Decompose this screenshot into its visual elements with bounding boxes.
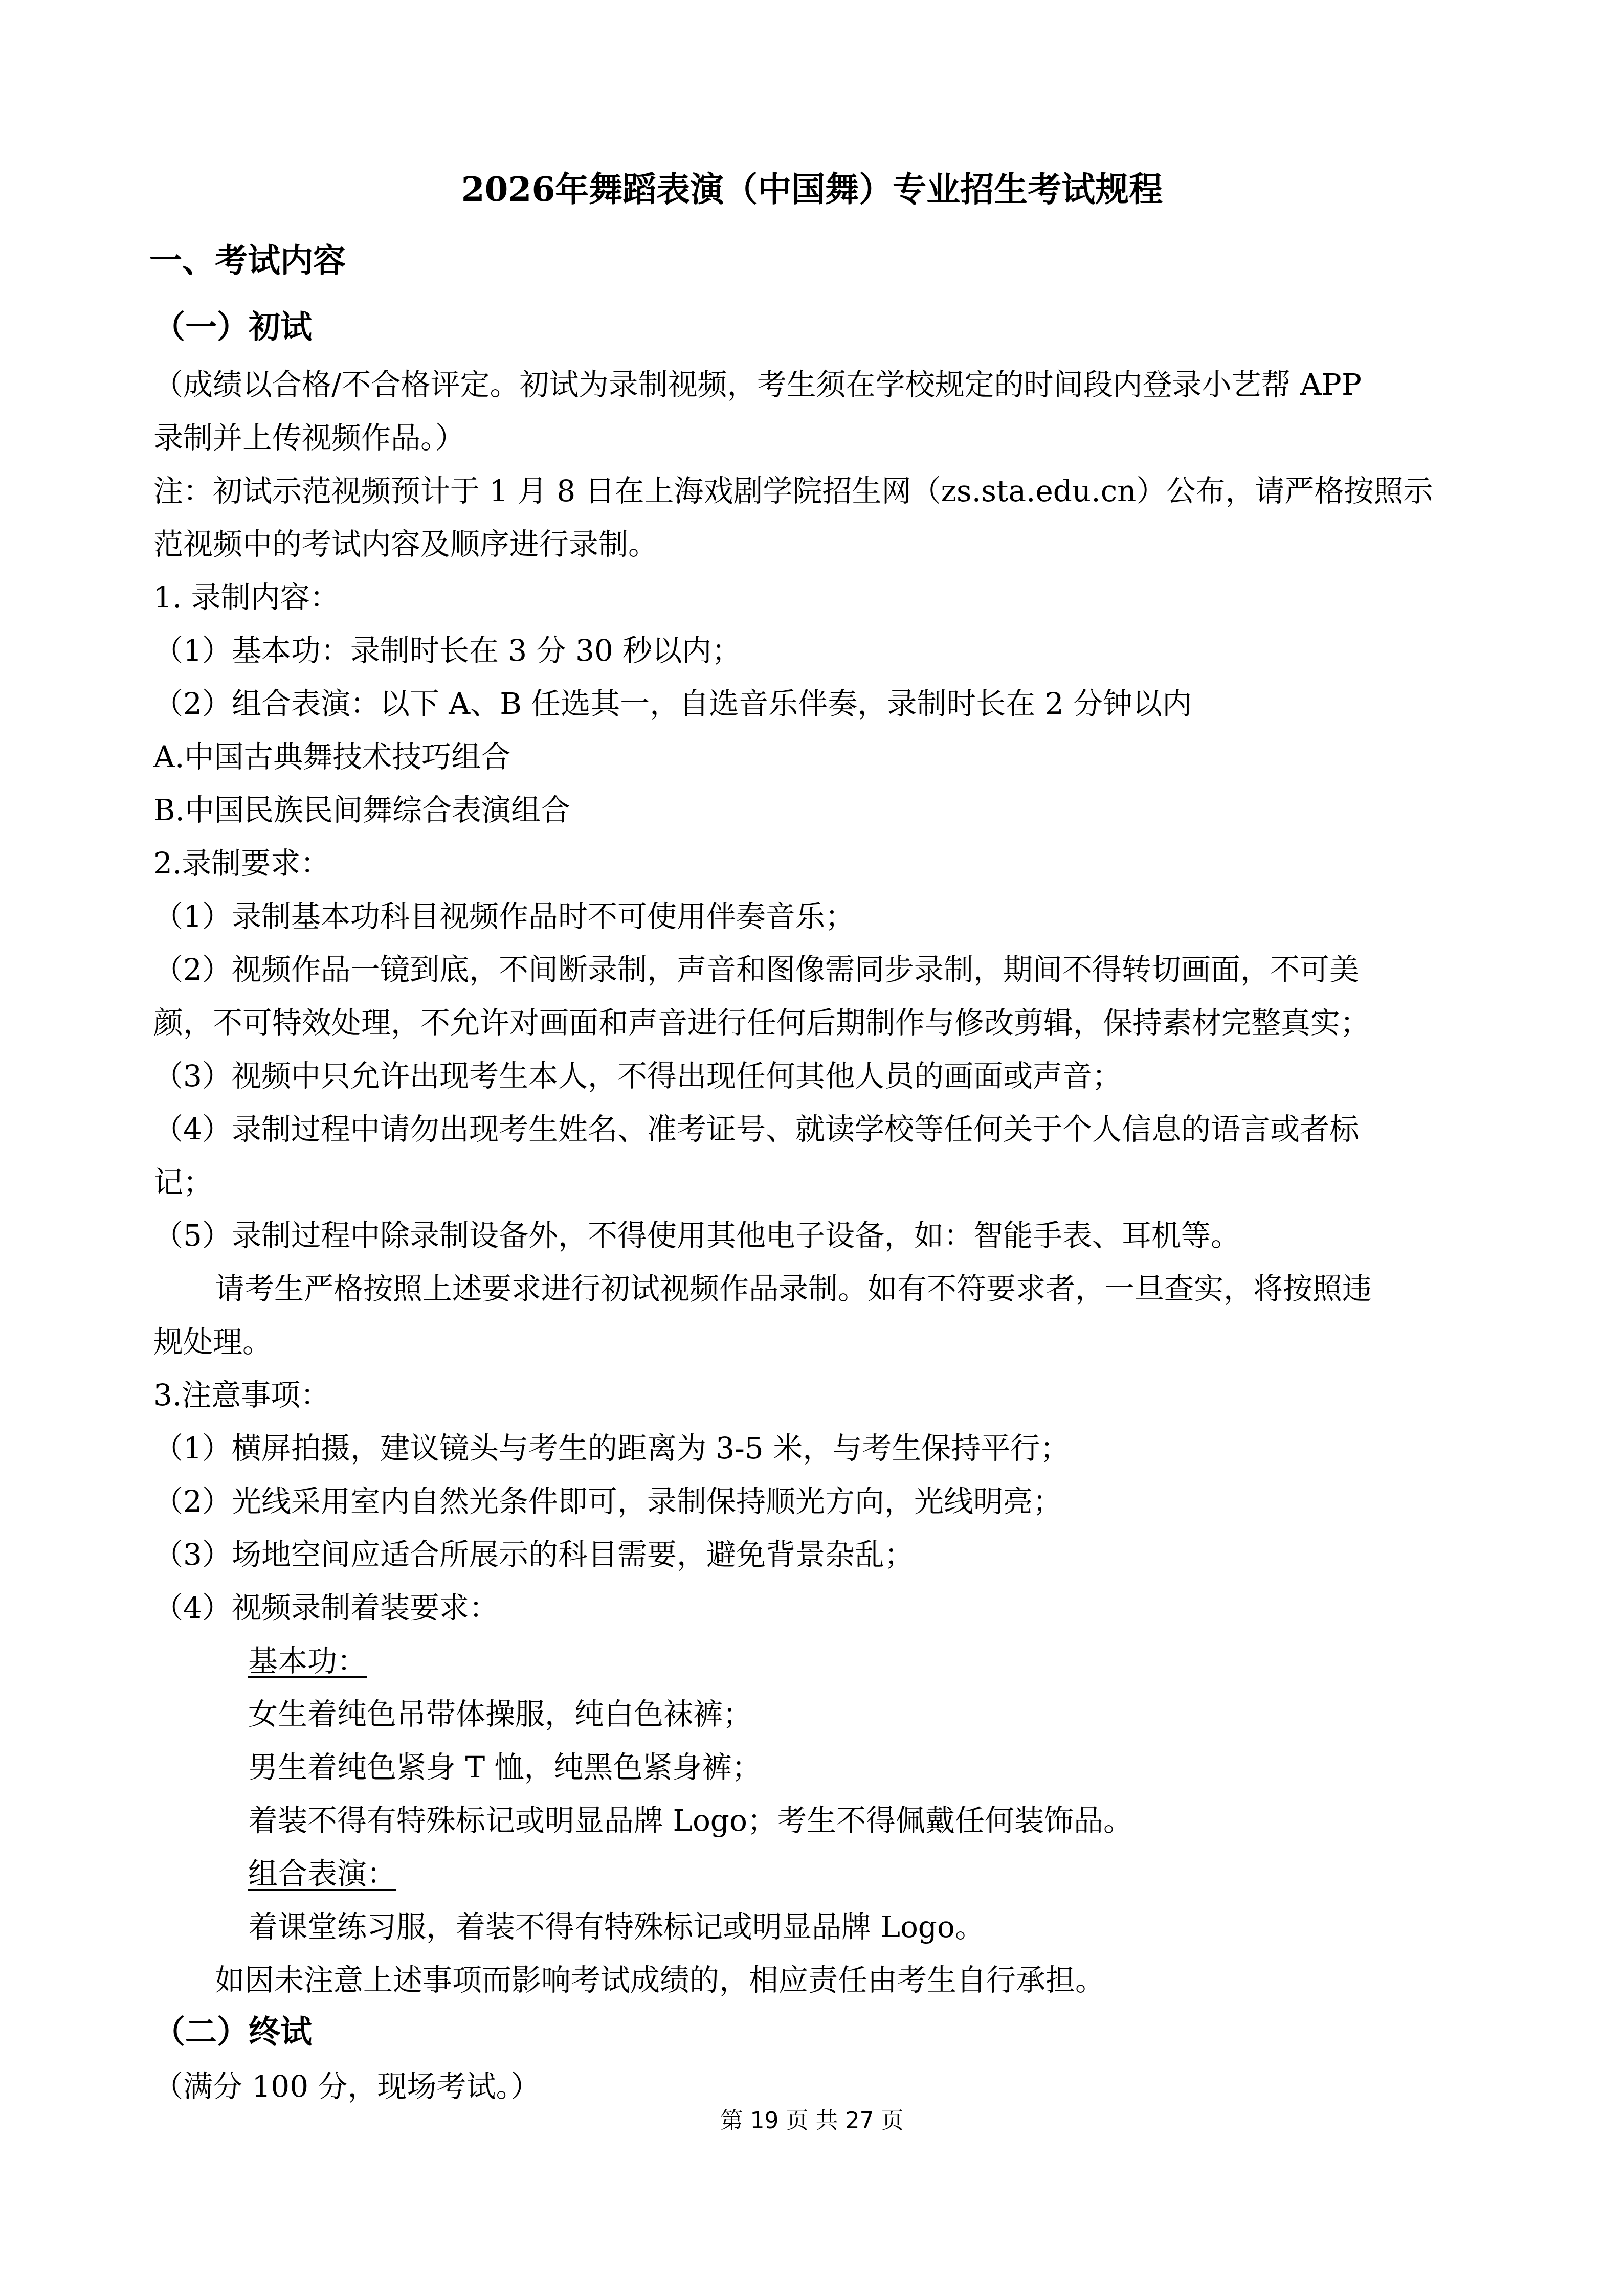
note-4: （4）视频录制着装要求：	[153, 1587, 499, 1628]
note-1: （1）横屏拍摄，建议镜头与考生的距离为 3-5 米，与考生保持平行；	[153, 1428, 1070, 1469]
requirement-1: （1）录制基本功科目视频作品时不可使用伴奏音乐；	[153, 896, 855, 937]
requirement-4-line-2: 记；	[153, 1162, 213, 1203]
attire-combo-label: 组合表演：	[248, 1853, 396, 1894]
responsibility-statement: 如因未注意上述事项而影响考试成绩的，相应责任由考生自行承担。	[215, 1960, 1105, 2000]
warning-line-1: 请考生严格按照上述要求进行初试视频作品录制。如有不符要求者，一旦查实，将按照违	[215, 1268, 1372, 1309]
page-number-footer: 第 19 页 共 27 页	[0, 2106, 1624, 2136]
requirement-2-line-1: （2）视频作品一镜到底，不间断录制，声音和图像需同步录制，期间不得转切画面，不可…	[153, 949, 1359, 990]
subsection-heading-final: （二）终试	[153, 2012, 312, 2053]
attire-basic-no-logo: 着装不得有特殊标记或明显品牌 Logo；考生不得佩戴任何装饰品。	[248, 1800, 1133, 1841]
section-heading-exam-content: 一、考试内容	[149, 240, 346, 281]
note-3: （3）场地空间应适合所展示的科目需要，避免背景杂乱；	[153, 1534, 914, 1575]
content-item-combination: （2）组合表演：以下 A、B 任选其一，自选音乐伴奏，录制时长在 2 分钟以内	[153, 683, 1192, 724]
requirement-3: （3）视频中只允许出现考生本人，不得出现任何其他人员的画面或声音；	[153, 1055, 1122, 1096]
requirement-2-line-2: 颜，不可特效处理，不允许对画面和声音进行任何后期制作与修改剪辑，保持素材完整真实…	[153, 1002, 1370, 1043]
prelim-note-line-1: 注：初试示范视频预计于 1 月 8 日在上海戏剧学院招生网（zs.sta.edu…	[153, 470, 1433, 511]
requirement-4-line-1: （4）录制过程中请勿出现考生姓名、准考证号、就读学校等任何关于个人信息的语言或者…	[153, 1109, 1359, 1150]
document-title: 2026年舞蹈表演（中国舞）专业招生考试规程	[0, 166, 1624, 212]
prelim-intro-line-2: 录制并上传视频作品。）	[153, 417, 465, 458]
content-item-basic-skills: （1）基本功：录制时长在 3 分 30 秒以内；	[153, 630, 741, 671]
prelim-note-line-2: 范视频中的考试内容及顺序进行录制。	[153, 524, 658, 565]
notes-heading: 3.注意事项：	[153, 1375, 330, 1415]
note-2: （2）光线采用室内自然光条件即可，录制保持顺光方向，光线明亮；	[153, 1481, 1062, 1522]
attire-combo-item: 着课堂练习服，着装不得有特殊标记或明显品牌 Logo。	[248, 1906, 985, 1947]
attire-basic-female: 女生着纯色吊带体操服，纯白色袜裤；	[248, 1694, 752, 1735]
option-a: A.中国古典舞技术技巧组合	[153, 736, 510, 777]
document-page: 2026年舞蹈表演（中国舞）专业招生考试规程 一、考试内容 （一）初试 （成绩以…	[0, 0, 1624, 2296]
final-intro: （满分 100 分，现场考试。）	[153, 2066, 541, 2107]
warning-line-2: 规处理。	[153, 1321, 272, 1362]
prelim-intro-line-1: （成绩以合格/不合格评定。初试为录制视频，考生须在学校规定的时间段内登录小艺帮 …	[153, 364, 1362, 405]
option-b: B.中国民族民间舞综合表演组合	[153, 790, 570, 830]
recording-content-heading: 1. 录制内容：	[153, 577, 340, 618]
requirement-5: （5）录制过程中除录制设备外，不得使用其他电子设备，如：智能手表、耳机等。	[153, 1215, 1240, 1256]
attire-basic-male: 男生着纯色紧身 T 恤，纯黑色紧身裤；	[248, 1747, 762, 1788]
recording-requirements-heading: 2.录制要求：	[153, 843, 330, 884]
subsection-heading-preliminary: （一）初试	[153, 307, 312, 348]
attire-basic-label: 基本功：	[248, 1640, 367, 1681]
